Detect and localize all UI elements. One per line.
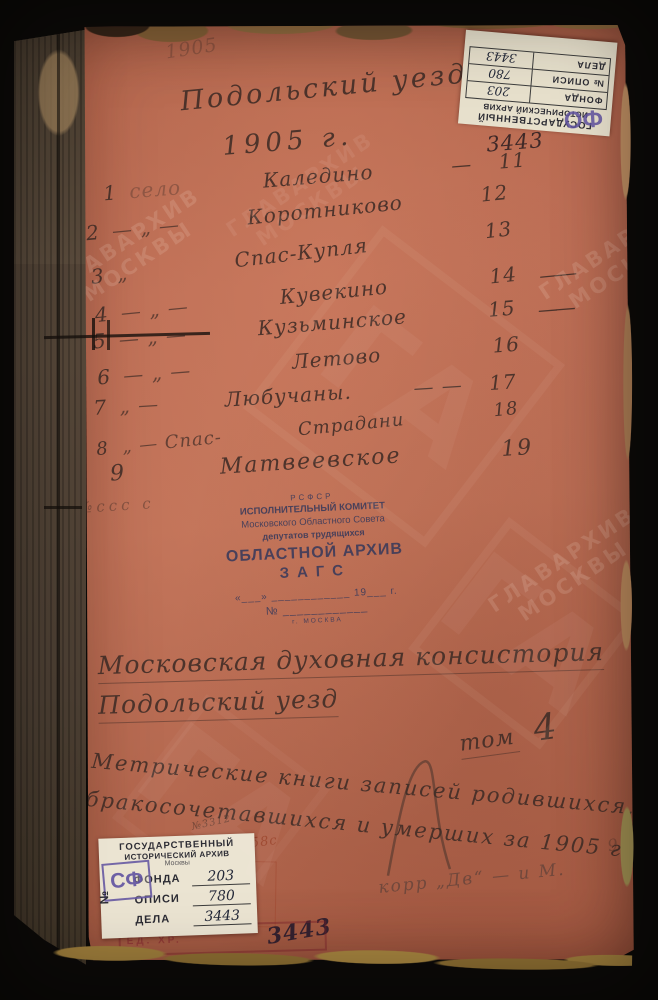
item-prefix: — „ —	[122, 358, 192, 387]
torn-right-edge	[620, 30, 634, 958]
spine-dash-mark	[44, 506, 82, 509]
item-number: 1	[102, 179, 130, 205]
page-number: 18	[470, 398, 520, 424]
item-number: 7	[93, 394, 120, 420]
item-number: 3	[90, 262, 119, 289]
page-number: 11	[477, 147, 527, 175]
cover-title-year: 1905 г.	[221, 122, 354, 162]
worn-bottom-edge	[52, 940, 633, 990]
item-prefix: село	[128, 175, 182, 203]
page-number: 17	[468, 369, 517, 396]
fo-purple-stamp: ФО	[563, 103, 604, 133]
page-number: 13	[463, 216, 513, 245]
volume-word: том	[458, 724, 521, 760]
village-name: Любучаны.	[168, 376, 408, 415]
volume-number: 4	[531, 706, 560, 750]
item-number: 6	[96, 363, 124, 389]
consistory-title: Московская духовная консистория	[97, 637, 604, 684]
item-number: 8	[95, 437, 123, 460]
pen-scribble: №ссс с	[79, 494, 155, 517]
item-prefix: „ —	[119, 392, 160, 418]
item-prefix: — „ —	[111, 212, 181, 243]
volume-note: том 4	[456, 706, 560, 760]
item-number: 9	[109, 460, 137, 487]
page-number: 14	[468, 262, 518, 291]
page-number: 15	[467, 296, 517, 324]
item-prefix: „	[115, 261, 129, 286]
archive-label-bottom: ГОСУДАРСТВЕННЫЙ ИСТОРИЧЕСКИЙ АРХИВ Москв…	[98, 833, 258, 939]
item-dash: —	[450, 152, 473, 178]
number-sign: №	[97, 891, 111, 905]
archival-book-cover-photo: 00 ЛИ 1905 Подольский уезд 1905 г. 3443 …	[0, 0, 658, 1000]
cover-board: 1905 Подольский уезд 1905 г. 3443 1 село…	[79, 21, 635, 965]
delo-field-label: ДЕЛА	[135, 912, 193, 926]
zags-archive-stamp: РСФСР ИСПОЛНИТЕЛЬНЫЙ КОМИТЕТ Московского…	[200, 487, 430, 629]
archive-label-top-upside-down: ГОСУДАРСТВЕННЫЙ ИСТОРИЧЕСКИЙ АРХИВ ФО ФО…	[458, 30, 617, 137]
uyezd-subtitle: Подольский уезд	[98, 684, 339, 724]
watermark-line: МОСКВЫ	[514, 522, 635, 626]
delo-value: 3443	[193, 907, 252, 926]
item-number: 2	[85, 219, 113, 245]
item-dash: — —	[413, 373, 464, 400]
spine-cross-bar	[107, 320, 110, 350]
monogram-letters: ГА	[415, 527, 634, 740]
fond-value: 203	[192, 867, 251, 886]
item-number: 5	[92, 327, 120, 353]
opis-value: 780	[192, 887, 251, 906]
trailing-dash: ——	[538, 260, 576, 287]
page-number: 12	[459, 180, 509, 209]
item-prefix: „ — Спас-	[121, 427, 223, 458]
book-spine	[14, 26, 86, 978]
glavarkhiv-watermark: ГЛАВАРХИВМОСКВЫ	[484, 502, 635, 637]
watermark-line: ГЛАВАРХИВ	[484, 502, 635, 617]
cover-title-uyezd: Подольский уезд	[179, 58, 469, 117]
bottom-right-pencil-note: корр „Дв“ — и М.	[378, 860, 567, 898]
page-number: 19	[485, 435, 534, 463]
page-number: 16	[471, 332, 521, 360]
trailing-dash: ——	[537, 295, 575, 322]
spine-cross-bar	[92, 318, 95, 350]
item-prefix: — „ —	[120, 294, 190, 325]
